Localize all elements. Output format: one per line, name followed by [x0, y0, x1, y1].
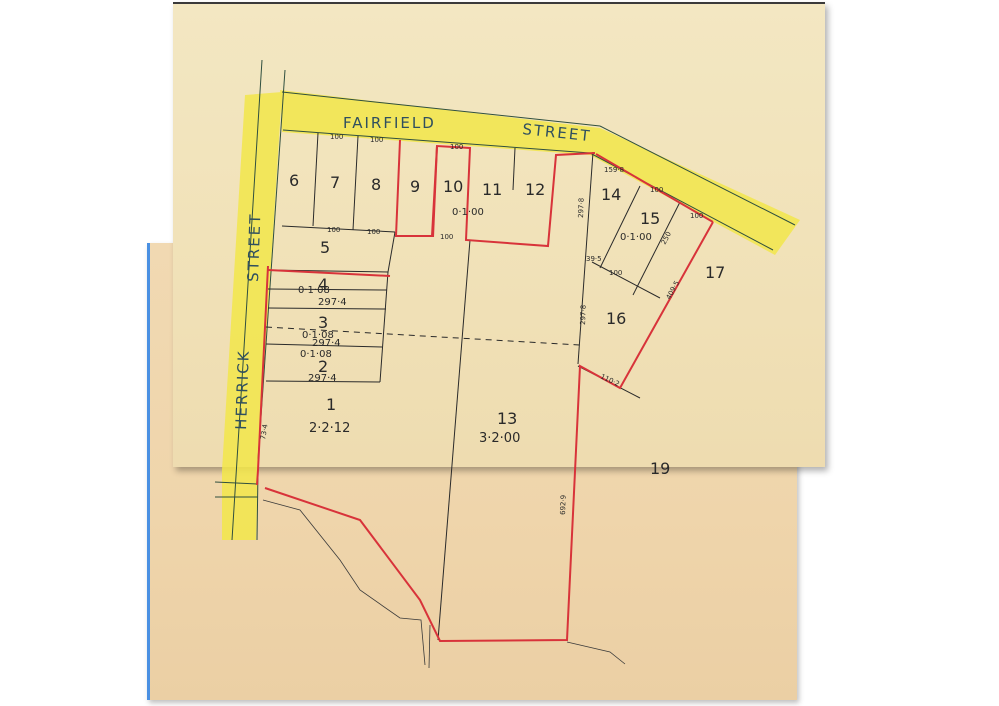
dim-lot16-side: 297·8 — [579, 305, 588, 325]
dim-lot8-rear: 100 — [367, 228, 380, 236]
lot-3-frontage: 297·4 — [312, 338, 341, 349]
lot-1-area: 2·2·12 — [309, 421, 350, 436]
lot-1-number: 1 — [326, 395, 336, 414]
lot-15-number: 15 — [640, 209, 660, 228]
dim-lot14-side: 297·8 — [577, 198, 586, 218]
dim-lot16-base: 110·2 — [599, 373, 621, 389]
dim-lot8-front: 100 — [370, 136, 383, 144]
dim-lot15-depth: 250 — [660, 230, 673, 246]
herrick-street-suffix: STREET — [244, 212, 264, 282]
lot-16-number: 16 — [606, 309, 626, 328]
fairfield-street-label: FAIRFIELD — [343, 114, 436, 132]
lot-10-area: 0·1·00 — [452, 207, 484, 218]
subdivision-plan: FAIRFIELD STREET HERRICK STREET 6 7 8 9 … — [0, 0, 999, 706]
dim-lot10-rear: 100 — [440, 233, 453, 241]
dim-herrick-corner: 73·4 — [259, 423, 270, 440]
lot-11-number: 11 — [482, 180, 502, 199]
dim-lot7-rear: 100 — [327, 226, 340, 234]
lot-13-area: 3·2·00 — [479, 431, 520, 446]
lot-8-number: 8 — [371, 175, 381, 194]
lot-9-number: 9 — [410, 177, 420, 196]
dim-lot15-rear: 100 — [609, 269, 622, 277]
lot-5-number: 5 — [320, 238, 330, 257]
lot-2-area: 0·1·08 — [300, 349, 332, 360]
dim-lot17-side: 409·5 — [665, 279, 681, 300]
dim-lot7-front: 100 — [330, 133, 343, 141]
dim-lot13-side: 692·9 — [559, 495, 568, 515]
lot-17-number: 17 — [705, 263, 725, 282]
dim-lot15-front: 100 — [650, 186, 663, 194]
lot-7-number: 7 — [330, 173, 340, 192]
lot-14-number: 14 — [601, 185, 621, 204]
lot-19-number: 19 — [650, 459, 670, 478]
lot-4-frontage: 297·4 — [318, 297, 347, 308]
lot-15-area: 0·1·00 — [620, 232, 652, 243]
dim-lot10-front: 100 — [450, 143, 463, 151]
dim-lot14-back: 39·5 — [586, 255, 602, 263]
dim-lot14-front: 159·8 — [604, 166, 624, 174]
lot-6-number: 6 — [289, 171, 299, 190]
dim-lot15b-front: 100 — [690, 212, 703, 220]
herrick-street-label: HERRICK — [232, 349, 253, 430]
lot-4-area: 0·1·08 — [298, 285, 330, 296]
lot-2-frontage: 297·4 — [308, 373, 337, 384]
lot-10-number: 10 — [443, 177, 463, 196]
herrick-street-road — [222, 92, 282, 540]
lot-13-number: 13 — [497, 409, 517, 428]
lot-12-number: 12 — [525, 180, 545, 199]
